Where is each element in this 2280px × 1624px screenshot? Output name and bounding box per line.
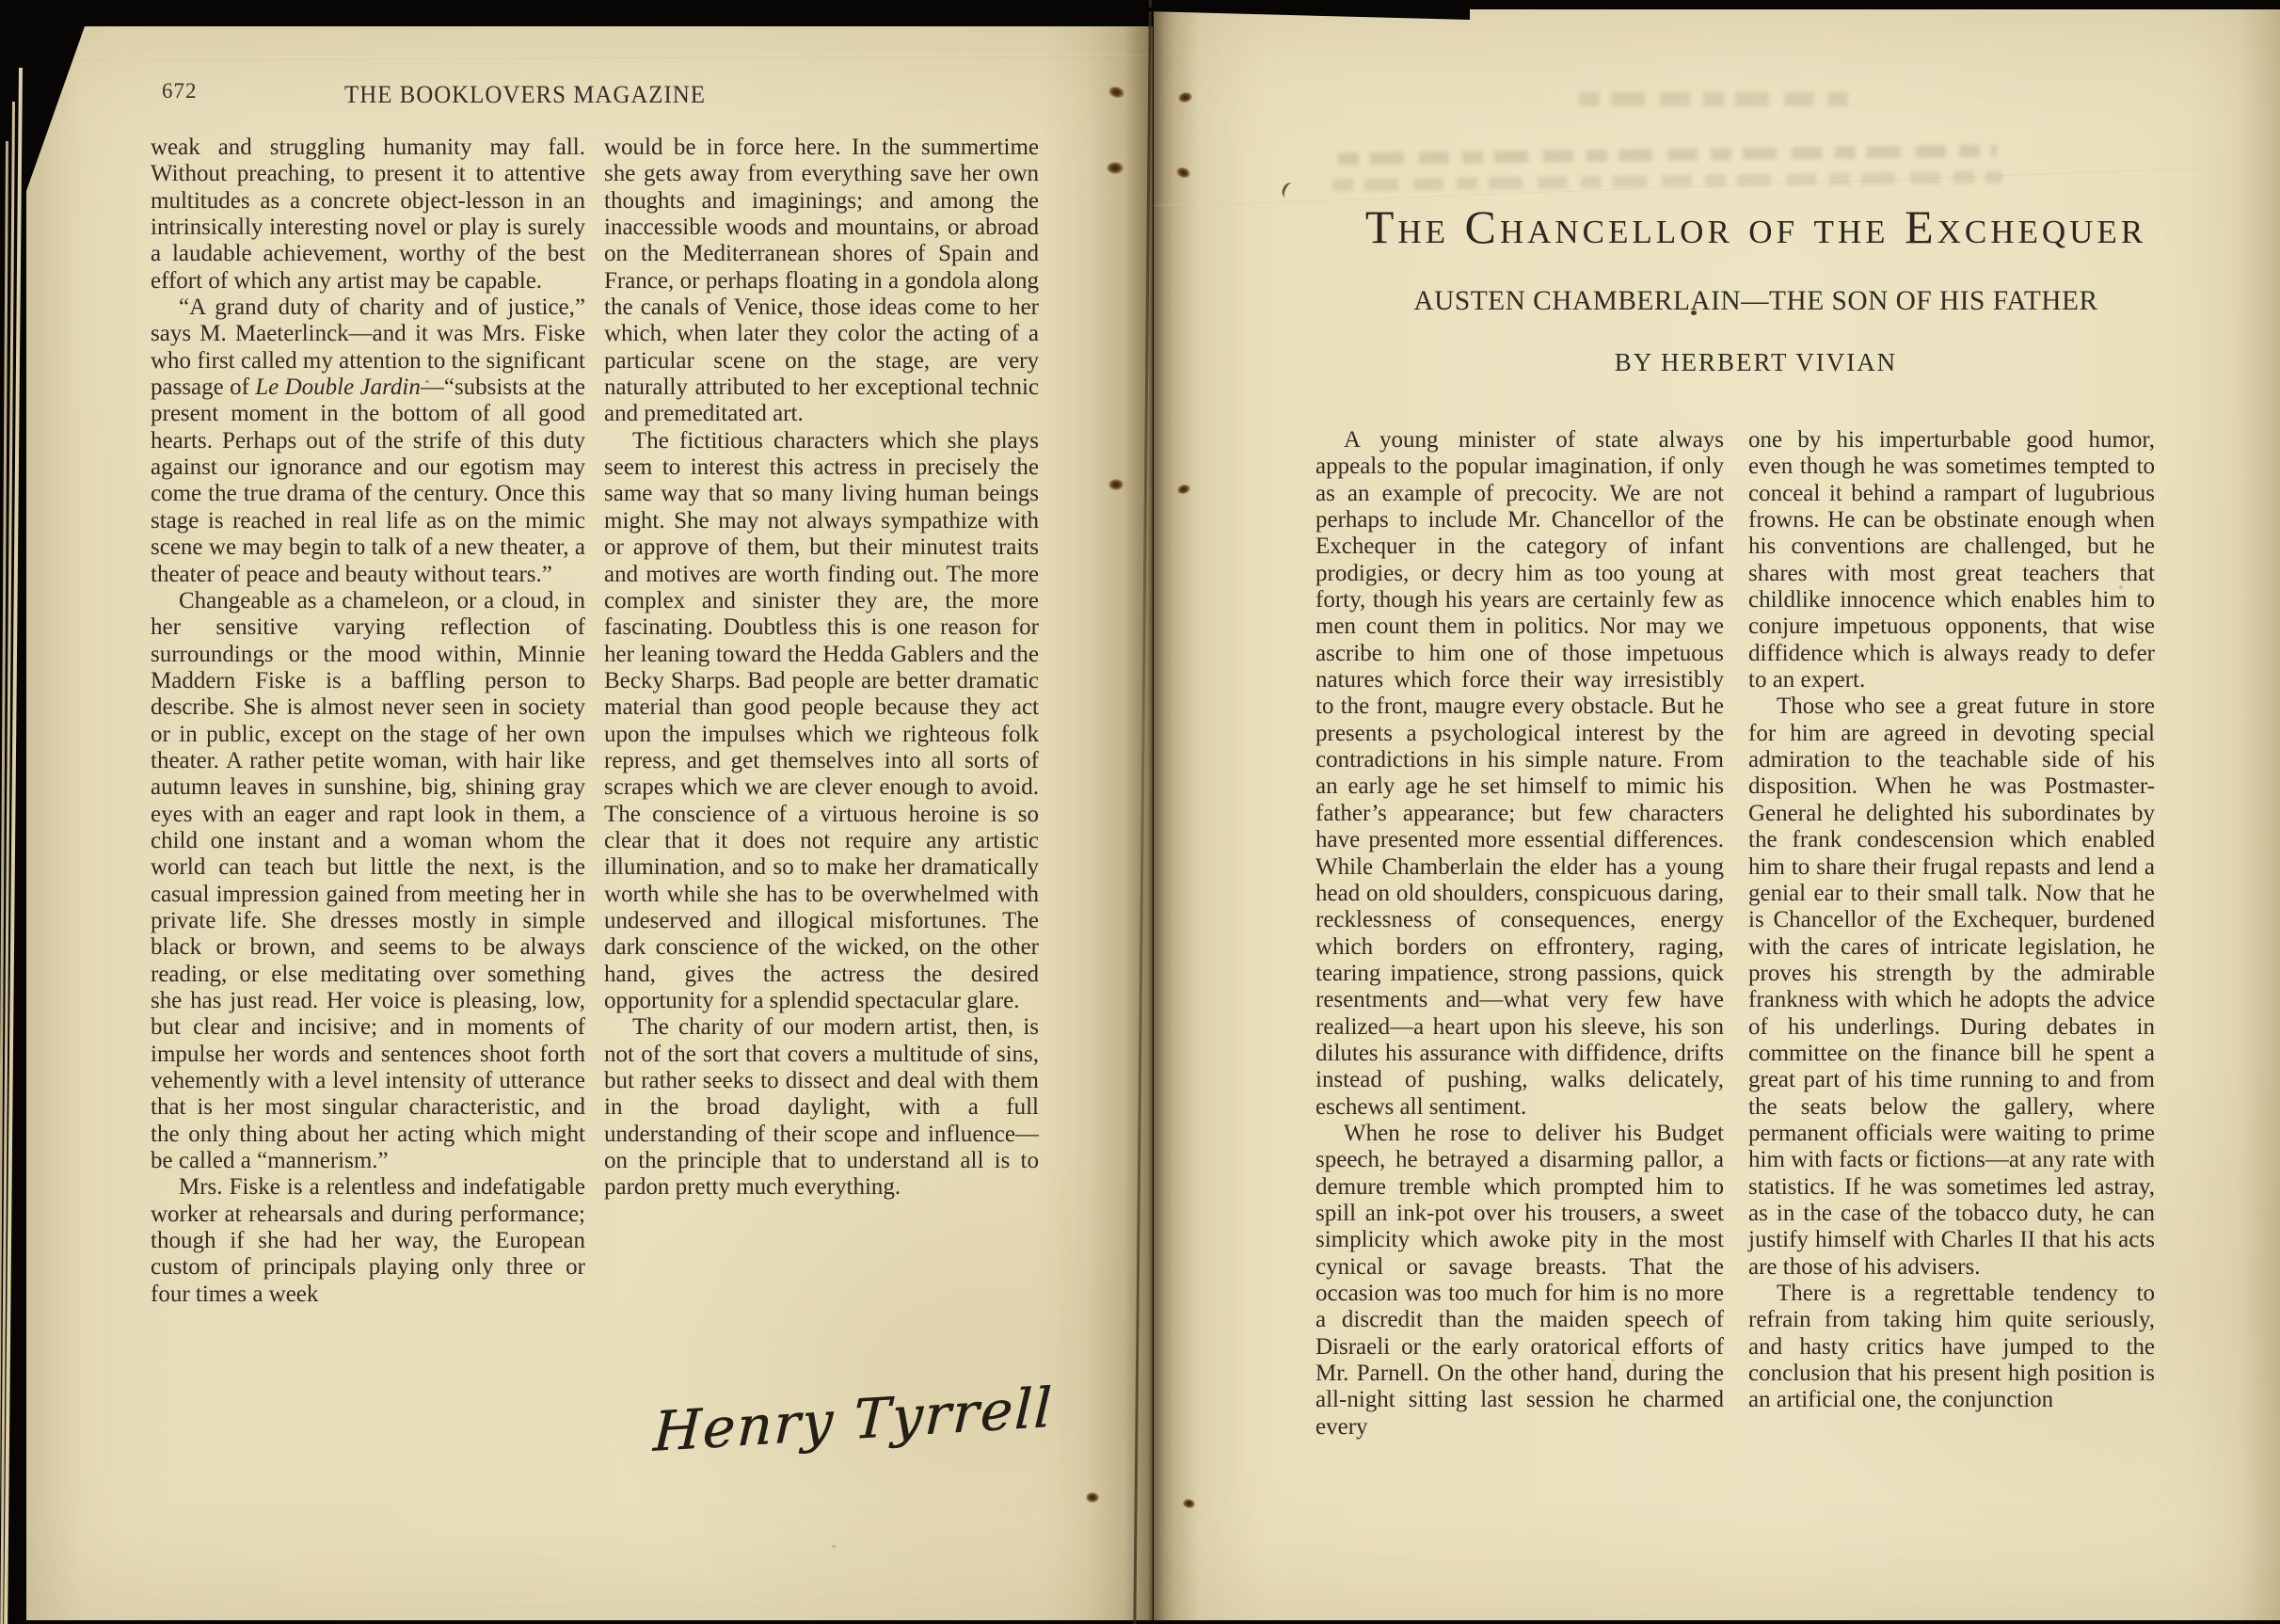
article-title: The Chancellor of the Exchequer xyxy=(1285,201,2226,253)
foxing-spot xyxy=(1107,162,1124,174)
paper-speck xyxy=(2119,585,2123,589)
author-signature: Henry Tyrrell xyxy=(653,1394,1048,1445)
right-page-column-2: one by his imperturbable good humor, eve… xyxy=(1748,427,2155,1414)
show-through-text xyxy=(1332,171,2002,192)
paragraph: one by his imperturbable good humor, eve… xyxy=(1748,427,2155,693)
paragraph: When he rose to deliver his Budget speec… xyxy=(1315,1121,1724,1441)
paper-speck xyxy=(1611,1359,1615,1361)
foxing-spot xyxy=(1108,479,1124,490)
show-through-text xyxy=(1579,92,1854,106)
paragraph: weak and struggling humanity may fall. W… xyxy=(151,135,585,295)
paragraph: A young minister of state always appeals… xyxy=(1315,427,1724,1121)
left-page-column-1: weak and struggling humanity may fall. W… xyxy=(151,135,585,1308)
paragraph: Mrs. Fiske is a relentless and indefatig… xyxy=(151,1174,585,1308)
page-number: 672 xyxy=(162,79,198,103)
paper-speck xyxy=(832,1545,836,1548)
paragraph-text: —“subsists at the present moment in the … xyxy=(151,374,585,586)
left-page-column-2: would be in force here. In the summertim… xyxy=(604,135,1039,1202)
ink-dot xyxy=(1691,310,1697,315)
magazine-scan: 672 THE BOOKLOVERS MAGAZINE weak and str… xyxy=(0,0,2280,1624)
paragraph: Those who see a great future in store fo… xyxy=(1748,693,2155,1281)
paper-speck xyxy=(497,788,501,791)
paper-speck xyxy=(425,380,429,383)
paragraph: The charity of our modern artist, then, … xyxy=(604,1014,1039,1201)
paragraph: “A grand duty of charity and of justice,… xyxy=(151,295,585,588)
foxing-spot xyxy=(1086,1492,1099,1503)
article-byline: BY HERBERT VIVIAN xyxy=(1285,348,2226,377)
page-crease xyxy=(26,55,1153,59)
article-subtitle: AUSTEN CHAMBERLAIN—THE SON OF HIS FATHER xyxy=(1295,285,2217,317)
paragraph: There is a regrettable tendency to refra… xyxy=(1748,1281,2155,1414)
running-header: THE BOOKLOVERS MAGAZINE xyxy=(344,81,706,109)
paragraph: would be in force here. In the summertim… xyxy=(604,135,1039,428)
paragraph: The fictitious characters which she play… xyxy=(604,428,1039,1015)
show-through-text xyxy=(1338,145,1997,166)
right-page-column-1: A young minister of state always appeals… xyxy=(1315,427,1724,1441)
left-page: 672 THE BOOKLOVERS MAGAZINE weak and str… xyxy=(26,26,1153,1620)
paragraph: Changeable as a chameleon, or a cloud, i… xyxy=(151,588,585,1175)
right-page: The Chancellor of the Exchequer AUSTEN C… xyxy=(1154,9,2280,1620)
book-title-italic: Le Double Jardin xyxy=(255,374,421,400)
